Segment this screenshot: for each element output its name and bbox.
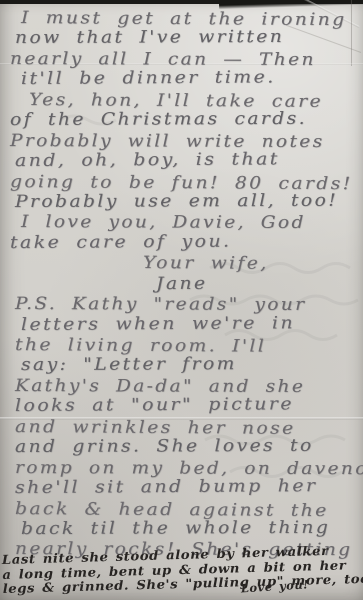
letter-body: I must get at the ironing now that I've … [0,2,363,560]
letter-line: of the Christmas cards. [10,109,363,131]
signature-name: Jane [156,273,363,294]
letter-line: it'll be dinner time. [21,67,363,90]
postscript-line: back til the whole thing [21,517,363,539]
postscript-line: she'll sit and bump her [15,476,363,499]
letter-line: take care of you. [10,230,363,253]
signature-closing: Your wife, [143,253,363,275]
postscript-line: looks at "our" picture [15,394,363,417]
letter-line: now that I've written [15,27,363,49]
scanned-letter-page: I must get at the ironing now that I've … [0,0,363,600]
letter-line: and, oh, boy, is that [15,149,363,172]
letter-line: Probably use em all, too! [15,190,363,212]
dark-ink-postscript: Last nite she stood alone by her walker … [2,543,361,599]
postscript-line: letters when we're in [21,312,363,335]
postscript-line: say: "Letter from [21,354,363,376]
postscript-line: and grins. She loves to [15,436,363,458]
